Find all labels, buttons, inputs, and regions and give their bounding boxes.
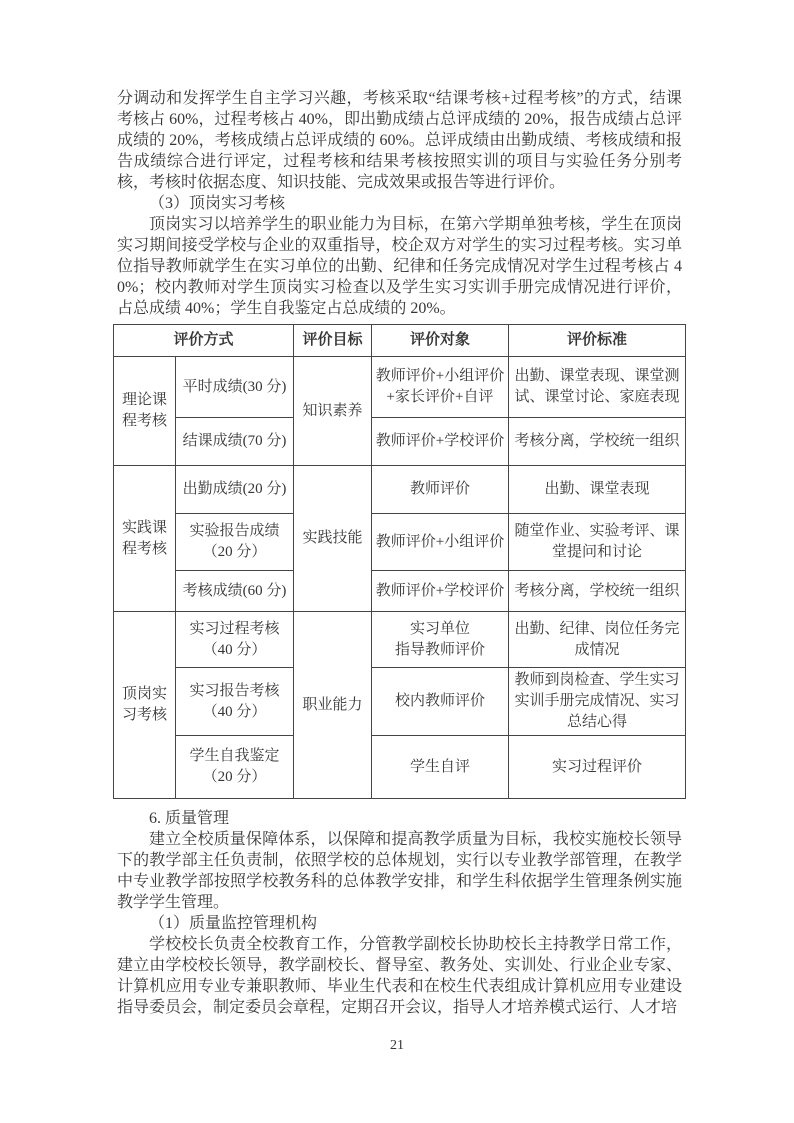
object-cell: 教师评价 [372,466,509,514]
header-evaluation-method: 评价方式 [114,325,294,357]
method-cell: 出勤成绩(20 分) [176,466,294,514]
object-cell: 教师评价+小组评价 [372,514,509,571]
standard-cell: 出勤、课堂表现 [509,466,686,514]
header-evaluation-goal: 评价目标 [294,325,372,357]
group-cell-practice-course: 实践课程考核 [114,466,176,612]
paragraph-quality-monitoring: 学校校长负责全校教育工作，分管教学副校长协助校长主持教学日常工作，建立由学校校长… [117,934,682,1018]
table-row: 实验报告成绩 （20 分） 教师评价+小组评价 随堂作业、实验考评、课堂提问和讨… [114,514,686,571]
paragraph-quality-system: 建立全校质量保障体系，以保障和提高教学质量为目标，我校实施校长领导下的教学部主任… [117,829,682,913]
group-cell-post-internship: 顶岗实习考核 [114,612,176,799]
object-cell: 学生自评 [372,736,509,799]
method-cell: 学生自我鉴定 （20 分） [176,736,294,799]
method-cell: 实习报告考核 （40 分） [176,668,294,736]
object-cell: 教师评价+学校评价 [372,418,509,466]
table-row: 学生自我鉴定 （20 分） 学生自评 实习过程评价 [114,736,686,799]
method-cell: 实习过程考核 （40 分） [176,612,294,668]
object-cell: 教师评价+小组评价 +家长评价+自评 [372,357,509,418]
method-cell: 结课成绩(70 分) [176,418,294,466]
heading-quality-management: 6. 质量管理 [117,808,682,829]
method-cell: 平时成绩(30 分) [176,357,294,418]
standard-cell: 考核分离，学校统一组织 [509,571,686,612]
standard-cell: 教师到岗检查、学生实习实训手册完成情况、实习总结心得 [509,668,686,736]
header-evaluation-standard: 评价标准 [509,325,686,357]
group-cell-theory-course: 理论课程考核 [114,357,176,466]
heading-quality-monitoring-org: （1）质量监控管理机构 [117,913,682,934]
paragraph-assessment-continued: 分调动和发挥学生自主学习兴趣，考核采取“结课考核+过程考核”的方式，结课考核占 … [117,88,682,193]
table-row: 实践课程考核 出勤成绩(20 分) 实践技能 教师评价 出勤、课堂表现 [114,466,686,514]
method-cell: 考核成绩(60 分) [176,571,294,612]
paragraph-internship-assessment: 顶岗实习以培养学生的职业能力为目标，在第六学期单独考核，学生在顶岗实习期间接受学… [117,214,682,319]
table-row: 考核成绩(60 分) 教师评价+学校评价 考核分离，学校统一组织 [114,571,686,612]
evaluation-table: 评价方式 评价目标 评价对象 评价标准 理论课程考核 平时成绩(30 分) 知识… [113,324,686,799]
goal-cell-knowledge: 知识素养 [294,357,372,466]
goal-cell-vocational-ability: 职业能力 [294,612,372,799]
goal-cell-practice-skill: 实践技能 [294,466,372,612]
standard-cell: 实习过程评价 [509,736,686,799]
standard-cell: 出勤、纪律、岗位任务完成情况 [509,612,686,668]
method-cell: 实验报告成绩 （20 分） [176,514,294,571]
page-number: 21 [0,1037,794,1055]
table-row: 理论课程考核 平时成绩(30 分) 知识素养 教师评价+小组评价 +家长评价+自… [114,357,686,418]
object-cell: 教师评价+学校评价 [372,571,509,612]
table-row: 结课成绩(70 分) 教师评价+学校评价 考核分离，学校统一组织 [114,418,686,466]
header-evaluation-object: 评价对象 [372,325,509,357]
table-row: 顶岗实习考核 实习过程考核 （40 分） 职业能力 实习单位 指导教师评价 出勤… [114,612,686,668]
table-row: 实习报告考核 （40 分） 校内教师评价 教师到岗检查、学生实习实训手册完成情况… [114,668,686,736]
standard-cell: 考核分离，学校统一组织 [509,418,686,466]
object-cell: 实习单位 指导教师评价 [372,612,509,668]
standard-cell: 随堂作业、实验考评、课堂提问和讨论 [509,514,686,571]
object-cell: 校内教师评价 [372,668,509,736]
heading-internship-assessment: （3）顶岗实习考核 [117,193,682,214]
standard-cell: 出勤、课堂表现、课堂测试、课堂讨论、家庭表现 [509,357,686,418]
document-page: 分调动和发挥学生自主学习兴趣，考核采取“结课考核+过程考核”的方式，结课考核占 … [0,0,794,1123]
table-header-row: 评价方式 评价目标 评价对象 评价标准 [114,325,686,357]
